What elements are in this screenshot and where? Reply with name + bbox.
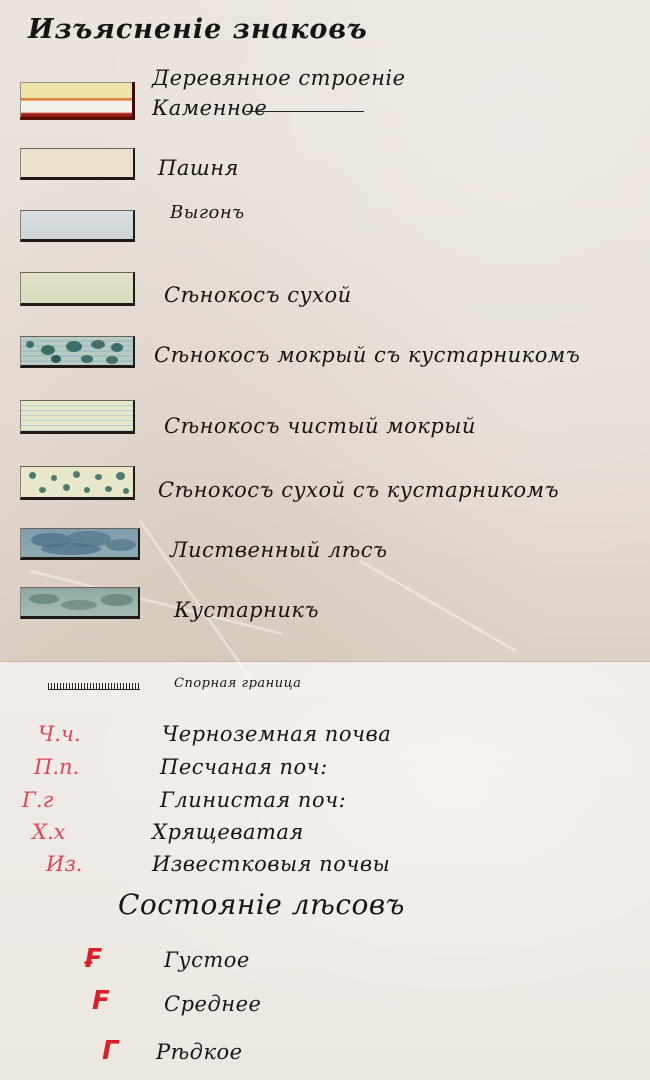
swatch-arable-land xyxy=(20,148,135,180)
label-deciduous-forest: Лиственный лѣсъ xyxy=(170,538,388,562)
label-shrubland: Кустарникъ xyxy=(174,598,319,622)
swatch-wet-meadow-shrubs xyxy=(20,336,135,368)
label-wet-meadow-shrubs: Сѣнокосъ мокрый съ кустарникомъ xyxy=(154,343,580,367)
label-chernozem-soil: Черноземная почва xyxy=(162,722,391,746)
label-clay-soil: Глинистая поч: xyxy=(160,788,346,812)
legend-title: Изъясненіе знаковъ xyxy=(28,14,368,45)
swatch-shrubland xyxy=(20,587,140,619)
label-gravelly-soil: Хрящеватая xyxy=(152,820,304,844)
soil-abbr-limestone: Из. xyxy=(46,852,82,876)
swatch-building xyxy=(20,82,135,120)
swatch-clean-wet-meadow xyxy=(20,400,135,434)
swatch-dry-meadow xyxy=(20,272,135,306)
label-sparse-forest: Рѣдкое xyxy=(156,1040,243,1064)
label-medium-forest: Среднее xyxy=(164,992,261,1016)
swatch-deciduous-forest xyxy=(20,528,140,560)
label-arable-land: Пашня xyxy=(158,156,239,180)
label-stone-building: Каменное xyxy=(152,96,267,120)
soil-abbr-gravelly: Х.х xyxy=(32,820,65,844)
sparse-forest-symbol: Г xyxy=(102,1036,119,1066)
swatch-dry-meadow-shrubs xyxy=(20,466,135,500)
label-pasture: Выгонъ xyxy=(170,202,245,223)
swatch-pasture xyxy=(20,210,135,242)
label-wooden-building: Деревянное строеніе xyxy=(152,66,406,90)
label-dry-meadow-shrubs: Сѣнокосъ сухой съ кустарникомъ xyxy=(158,478,559,502)
forest-condition-heading: Состояніе лѣсовъ xyxy=(118,888,405,921)
label-disputed-boundary: Спорная граница xyxy=(174,676,301,691)
label-sandy-soil: Песчаная поч: xyxy=(160,755,328,779)
disputed-boundary-symbol xyxy=(48,683,140,690)
soil-abbr-chernozem: Ч.ч. xyxy=(38,722,81,746)
medium-forest-symbol: F xyxy=(92,986,110,1016)
label-dry-meadow: Сѣнокосъ сухой xyxy=(164,283,352,307)
stone-building-rule xyxy=(246,111,364,112)
label-dense-forest: Густое xyxy=(164,948,250,972)
dense-forest-symbol: ₣ xyxy=(84,944,102,974)
soil-abbr-clay: Г.г xyxy=(22,788,53,812)
label-clean-wet-meadow: Сѣнокосъ чистый мокрый xyxy=(164,414,476,438)
label-limestone-soil: Известковыя почвы xyxy=(152,852,390,876)
soil-abbr-sandy: П.п. xyxy=(34,755,79,779)
